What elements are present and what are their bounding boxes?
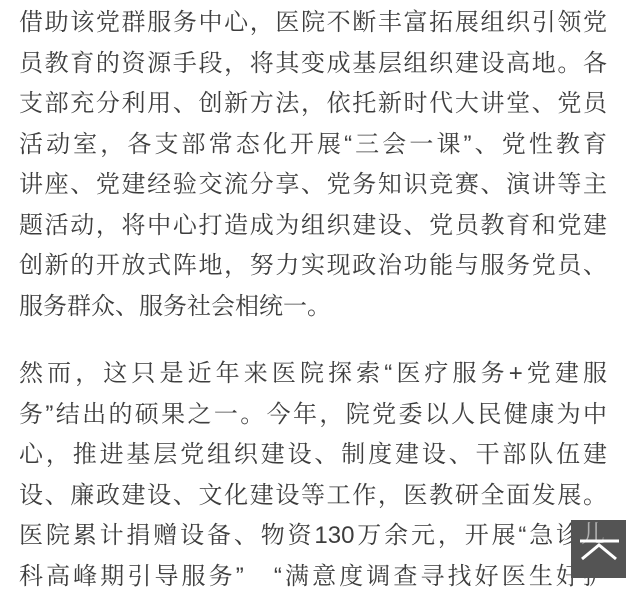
paragraph-1: 借助该党群服务中心，医院不断丰富拓展组织引领党 员教育的资源手段，将其变成基层组… [19,3,607,327]
text-line: 活动室，各支部常态化开展“三会一课”、党性教育 [19,125,607,166]
text-line: 医院累计捐赠设备、物资130万余元，开展“急诊儿 [19,516,607,557]
text-line: 讲座、党建经验交流分享、党务知识竞赛、演讲等主 [19,165,607,206]
back-to-top-button[interactable]: 儿 [571,520,626,578]
text-line: 借助该党群服务中心，医院不断丰富拓展组织引领党 [19,3,607,44]
text-line: 创新的开放式阵地，努力实现政治功能与服务党员、 [19,246,607,287]
text-line: 然而，这只是近年来医院探索“医疗服务+党建服 [19,354,607,395]
text-line: 务”结出的硕果之一。今年，院党委以人民健康为中 [19,395,607,436]
text-line: 服务群众、服务社会相统一。 [19,287,607,328]
text-line: 心，推进基层党组织建设、制度建设、干部队伍建 [19,435,607,476]
text-line: 支部充分利用、创新方法，依托新时代大讲堂、党员 [19,84,607,125]
chevron-up-with-bar-icon [578,539,620,561]
text-line: 题活动，将中心打造成为组织建设、党员教育和党建 [19,206,607,247]
text-line: 科高峰期引导服务” “满意度调查寻找好医生好护 [19,557,607,597]
article-text: 借助该党群服务中心，医院不断丰富拓展组织引领党 员教育的资源手段，将其变成基层组… [19,3,607,597]
paragraph-2: 然而，这只是近年来医院探索“医疗服务+党建服 务”结出的硕果之一。今年，院党委以… [19,354,607,597]
text-line: 设、廉政建设、文化建设等工作，医教研全面发展。 [19,476,607,517]
text-line: 员教育的资源手段，将其变成基层组织建设高地。各 [19,44,607,85]
